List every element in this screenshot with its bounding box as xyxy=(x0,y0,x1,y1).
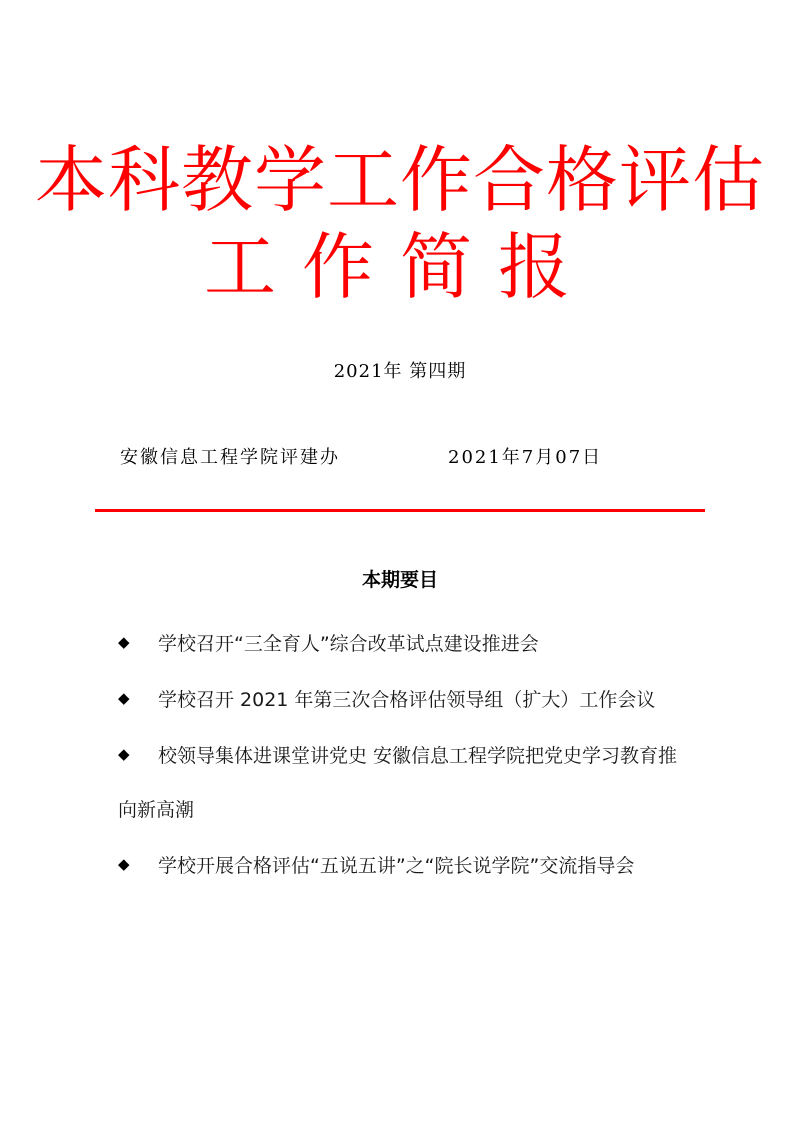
diamond-bullet-icon: ◆ xyxy=(118,615,158,669)
bulletin-title-line-2: 工作简报 xyxy=(0,222,800,312)
issuing-organization: 安徽信息工程学院评建办 xyxy=(120,443,340,469)
diamond-bullet-icon: ◆ xyxy=(118,727,158,781)
contents-item-text: 校领导集体进课堂讲党史 安徽信息工程学院把党史学习教育推向新高潮 xyxy=(118,745,677,821)
contents-item-text: 学校召开 2021 年第三次合格评估领导组（扩大）工作会议 xyxy=(158,689,655,711)
contents-item: ◆校领导集体进课堂讲党史 安徽信息工程学院把党史学习教育推向新高潮 xyxy=(118,727,678,837)
contents-list: ◆学校召开“三全育人”综合改革试点建设推进会 ◆学校召开 2021 年第三次合格… xyxy=(118,615,678,893)
issue-date: 2021年7月07日 xyxy=(448,443,602,469)
diamond-bullet-icon: ◆ xyxy=(118,671,158,725)
contents-heading: 本期要目 xyxy=(0,565,800,592)
contents-item-text: 学校召开“三全育人”综合改革试点建设推进会 xyxy=(158,633,539,655)
bulletin-title-line-1: 本科教学工作合格评估 xyxy=(0,135,800,225)
contents-item: ◆学校召开“三全育人”综合改革试点建设推进会 xyxy=(118,615,678,671)
issue-number: 2021年 第四期 xyxy=(0,357,800,383)
contents-item: ◆学校召开 2021 年第三次合格评估领导组（扩大）工作会议 xyxy=(118,671,678,727)
diamond-bullet-icon: ◆ xyxy=(118,837,158,891)
contents-item-text: 学校开展合格评估“五说五讲”之“院长说学院”交流指导会 xyxy=(158,855,634,877)
red-divider-rule xyxy=(95,509,705,512)
contents-item: ◆学校开展合格评估“五说五讲”之“院长说学院”交流指导会 xyxy=(118,837,678,893)
